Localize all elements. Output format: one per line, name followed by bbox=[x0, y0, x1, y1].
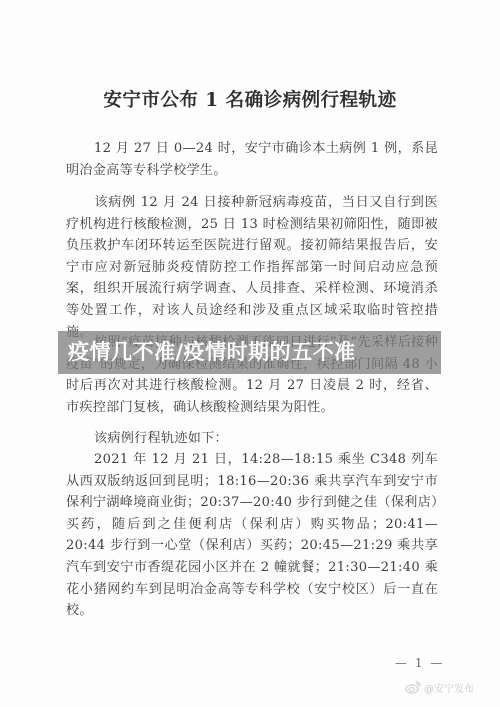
paragraph-itinerary: 2021 年 12 月 21 日，14:28—18:15 乘坐 C348 列车从… bbox=[66, 449, 438, 622]
paragraph-text: 12 月 27 日 0—24 时，安宁市确诊本土病例 1 例，系昆明冶金高等专科… bbox=[66, 141, 438, 178]
paragraph-details: 该病例 12 月 24 日接种新冠病毒疫苗，当日又自行到医疗机构进行核酸检测，2… bbox=[66, 192, 438, 343]
paragraph-itinerary-heading: 该病例行程轨迹如下： bbox=[66, 428, 438, 450]
weibo-icon bbox=[405, 681, 421, 694]
watermark: @安宁发布 bbox=[405, 680, 474, 695]
paragraph-text: 2021 年 12 月 21 日，14:28—18:15 乘坐 C348 列车从… bbox=[66, 452, 438, 618]
document-page: 安宁市公布 1 名确诊病例行程轨迹 12 月 27 日 0—24 时，安宁市确诊… bbox=[0, 0, 500, 707]
page-number: — 1 — bbox=[395, 656, 444, 670]
paragraph-text: 该病例 12 月 24 日接种新冠病毒疫苗，当日又自行到医疗机构进行核酸检测，2… bbox=[66, 195, 438, 340]
paragraph-summary: 12 月 27 日 0—24 时，安宁市确诊本土病例 1 例，系昆明冶金高等专科… bbox=[66, 138, 438, 181]
paragraph-text: 该病例行程轨迹如下： bbox=[94, 431, 228, 446]
document-title: 安宁市公布 1 名确诊病例行程轨迹 bbox=[0, 86, 500, 112]
overlay-title: 疫情几不准/疫情时期的五不准 bbox=[68, 336, 356, 366]
watermark-text: @安宁发布 bbox=[424, 680, 474, 695]
